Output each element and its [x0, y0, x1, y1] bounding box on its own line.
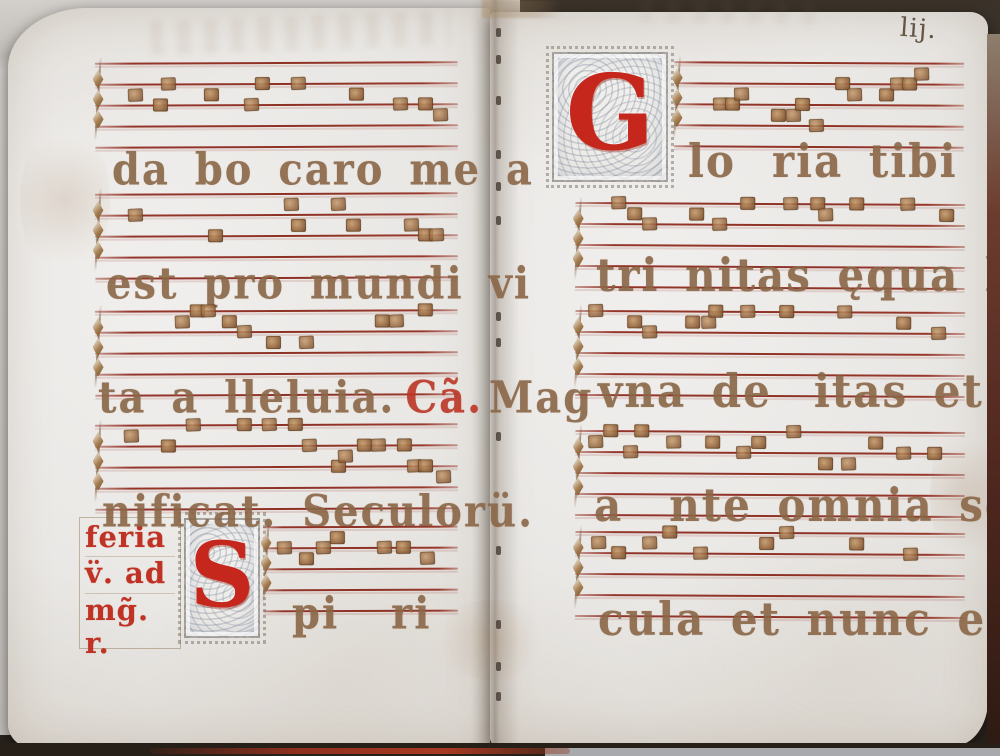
neume-square — [896, 446, 911, 459]
stitch-hole — [496, 662, 501, 671]
neume-square — [795, 98, 810, 111]
chant-syllables: da bo caro me a — [112, 144, 534, 196]
neume-square — [913, 67, 928, 80]
chant-syllables: nte omnia sę — [669, 478, 1000, 532]
neume-square — [356, 439, 371, 452]
neume-square — [849, 197, 864, 210]
neume-square — [709, 305, 724, 318]
neume-square — [349, 88, 364, 101]
chant-text-line: est pro mundi vi — [106, 258, 531, 310]
chant-text-line: cula et nunc et — [598, 592, 1000, 646]
neume-square — [783, 197, 798, 210]
chant-syllables: ria tibi — [772, 134, 958, 188]
neume-square — [740, 197, 755, 210]
clef-icon — [92, 317, 104, 378]
neume-square — [642, 217, 657, 230]
neume-square — [153, 98, 168, 111]
spine-head — [482, 0, 562, 18]
neume-square — [588, 304, 603, 317]
neume-square — [900, 197, 915, 210]
staff-line — [263, 568, 458, 571]
neume-square — [693, 546, 708, 559]
neume-square — [377, 541, 392, 555]
neume-square — [160, 77, 175, 91]
neume-square — [927, 447, 942, 460]
clef-icon — [92, 200, 104, 261]
chant-syllables: lo — [688, 134, 736, 188]
staff-line — [95, 213, 458, 217]
neume-square — [262, 418, 277, 432]
neume-square — [418, 303, 433, 316]
neume-square — [186, 418, 201, 432]
book-cover-edge-right — [987, 34, 1000, 756]
neume-square — [375, 315, 390, 328]
chant-syllables: cula et nunc et — [598, 592, 1000, 646]
neume-square — [124, 429, 139, 443]
chant-text-line: loria tibi — [688, 134, 958, 188]
staff-line — [575, 573, 965, 577]
staff-line — [575, 472, 965, 476]
chant-syllables: ta a lleluia. — [98, 372, 395, 424]
rubric-abbreviation: Cã. — [405, 372, 483, 424]
neume-square — [818, 457, 833, 470]
neume-square — [868, 437, 883, 450]
initial-letter-s: S — [190, 530, 255, 620]
neume-square — [204, 88, 219, 101]
staff-line — [95, 192, 458, 196]
chant-syllables: est pro mundi vi — [106, 258, 531, 310]
neume-square — [255, 77, 270, 90]
stitch-hole — [496, 55, 501, 64]
rubric-line: mg̃. r. — [85, 594, 175, 661]
clef-icon — [572, 208, 584, 269]
neume-square — [847, 88, 862, 101]
neume-square — [331, 197, 346, 211]
chant-text-line: ta a lleluia.Cã.Mag — [98, 372, 593, 424]
neume-square — [222, 315, 237, 328]
chant-syllables: a — [594, 478, 623, 532]
staff-line — [575, 352, 965, 356]
neume-square — [623, 445, 638, 458]
neume-square — [705, 436, 720, 449]
rubric-line: v̈. ad — [85, 557, 175, 593]
chant-syllables: tri nitas ęqua lis — [596, 248, 1000, 302]
neume-square — [627, 315, 642, 328]
staff-line — [95, 82, 458, 86]
stitch-hole — [496, 432, 501, 441]
neume-square — [751, 436, 766, 449]
neume-square — [903, 548, 918, 561]
neume-square — [128, 88, 143, 102]
neume-square — [603, 424, 618, 437]
stitch-hole — [496, 28, 501, 37]
clef-icon — [92, 69, 104, 130]
neume-square — [429, 228, 444, 242]
neume-square — [896, 317, 911, 330]
staff-left_page-1 — [95, 61, 458, 151]
staff-line — [95, 330, 458, 334]
chant-text-line: da bo caro me a — [112, 144, 534, 196]
neume-square — [786, 425, 801, 438]
stitch-hole — [496, 312, 501, 321]
folio-number: lij. — [899, 13, 938, 46]
staff-line — [95, 234, 458, 238]
neume-square — [302, 439, 317, 453]
neume-square — [389, 314, 404, 328]
neume-square — [436, 470, 451, 484]
neume-square — [837, 305, 852, 318]
neume-square — [587, 435, 602, 448]
staff-line — [95, 351, 458, 355]
neume-square — [284, 198, 299, 212]
stitch-hole — [496, 338, 501, 347]
neume-square — [634, 424, 649, 437]
neume-square — [299, 552, 314, 565]
neume-square — [236, 325, 251, 339]
neume-square — [689, 208, 704, 221]
neume-square — [175, 315, 190, 329]
neume-square — [287, 418, 302, 431]
staff-line — [95, 124, 458, 128]
table-surface — [545, 748, 1000, 756]
neume-square — [818, 208, 833, 221]
clef-icon — [572, 537, 584, 598]
neume-square — [740, 305, 755, 318]
chant-syllables: pi — [292, 588, 339, 640]
neume-square — [346, 219, 361, 232]
stitch-hole — [496, 150, 501, 159]
neume-square — [736, 446, 751, 459]
neume-square — [841, 457, 856, 470]
chant-syllables: itas et — [814, 364, 984, 418]
neume-square — [931, 327, 946, 340]
staff-line — [95, 309, 458, 313]
chant-text-line: tri nitas ęqua lis — [596, 248, 1000, 302]
neume-square — [591, 536, 606, 549]
clef-icon — [572, 316, 584, 377]
red-fore-edge — [150, 748, 570, 754]
neume-square — [237, 418, 252, 431]
neume-square — [418, 459, 433, 472]
neume-square — [396, 438, 411, 451]
neume-square — [371, 438, 386, 452]
staff-line — [263, 526, 458, 529]
neume-square — [759, 537, 774, 550]
clef-icon — [92, 431, 104, 492]
neume-square — [849, 537, 864, 550]
neume-square — [642, 325, 657, 338]
neume-square — [393, 97, 408, 111]
initial-letter-g: G — [566, 61, 655, 165]
neume-square — [665, 435, 680, 448]
stitch-hole — [496, 96, 501, 105]
neume-square — [939, 209, 954, 222]
neume-square — [291, 219, 306, 232]
chant-syllables: vna de — [598, 364, 772, 418]
neume-square — [779, 305, 794, 318]
neume-square — [298, 336, 313, 350]
staff-line — [674, 61, 964, 65]
neume-square — [160, 439, 175, 452]
neume-square — [244, 98, 259, 112]
neume-square — [771, 109, 786, 122]
neume-square — [208, 229, 223, 242]
neume-square — [662, 525, 677, 538]
manuscript-photo: G S feria v̈. ad mg̃. r. lij. da bo caro… — [0, 0, 1000, 756]
neume-square — [200, 304, 215, 318]
neume-square — [419, 551, 434, 565]
stitch-hole — [496, 620, 501, 629]
staff-line — [674, 82, 964, 86]
stitch-hole — [496, 216, 501, 225]
staff-line — [95, 465, 458, 469]
neume-square — [734, 87, 749, 100]
clef-icon — [671, 67, 683, 128]
neume-square — [685, 316, 700, 329]
neume-square — [128, 208, 143, 222]
chant-text-line: vna deitas et — [598, 364, 984, 418]
neume-square — [611, 546, 626, 559]
neume-square — [627, 207, 642, 220]
neume-square — [779, 526, 794, 539]
neume-square — [611, 196, 626, 209]
neume-square — [403, 218, 418, 232]
chant-syllables: ri — [391, 588, 431, 640]
neume-square — [396, 541, 411, 554]
neume-square — [809, 119, 824, 132]
neume-square — [433, 108, 448, 122]
neume-square — [291, 77, 306, 91]
staff-line — [575, 331, 965, 335]
stitch-hole — [496, 182, 501, 191]
chant-text-line: ante omnia sę — [594, 478, 1000, 532]
clef-icon — [572, 436, 584, 497]
neume-square — [277, 541, 292, 555]
neume-square — [266, 336, 281, 349]
neume-square — [418, 97, 433, 110]
staff-line — [95, 61, 458, 65]
neume-square — [330, 531, 345, 544]
illuminated-initial-g: G — [552, 52, 668, 182]
staff-line — [575, 223, 965, 227]
clef-icon — [260, 532, 272, 593]
stitch-hole — [496, 692, 501, 701]
neume-square — [338, 449, 353, 463]
staff-line — [263, 547, 458, 550]
neume-square — [642, 536, 657, 549]
chant-text-line: piri — [292, 588, 431, 640]
stitch-hole — [496, 546, 501, 555]
neume-square — [712, 218, 727, 231]
